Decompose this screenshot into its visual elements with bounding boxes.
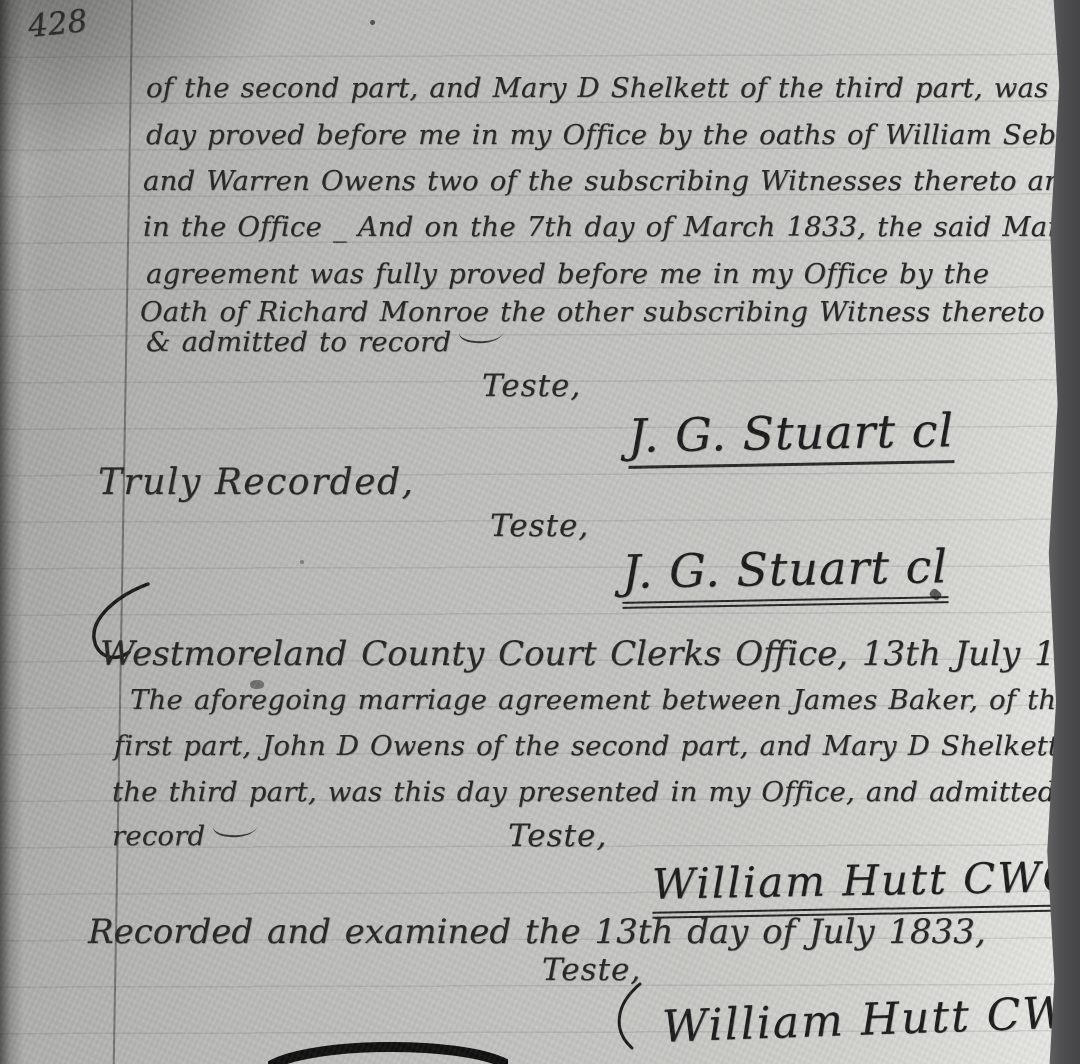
scan-shadow-left [0, 0, 24, 1064]
handwritten-line: The aforegoing marriage agreement betwee… [130, 684, 1073, 716]
flourish [606, 980, 650, 1054]
handwritten-text: & admitted to record [146, 326, 451, 358]
handwritten-line: of the second part, and Mary D Shelkett … [146, 72, 1080, 104]
flourish-underline [268, 1040, 508, 1064]
clerk-signature-hutt: William Hutt CWC [652, 852, 1078, 918]
handwritten-line: and Warren Owens two of the subscribing … [143, 165, 1080, 197]
manuscript-page: 428 of the second part, and Mary D Shelk… [0, 0, 1080, 1064]
handwritten-line: day proved before me in my Office by the… [146, 119, 1080, 151]
handwritten-text: the third part, was this day presented i… [112, 776, 1080, 808]
flourish [458, 324, 504, 348]
clerk-signature-stuart: J. G. Stuart cl [628, 403, 955, 469]
handwritten-line: first part, John D Owens of the second p… [114, 730, 1080, 762]
clerk-signature-stuart: J. G. Stuart cl [621, 539, 948, 609]
handwritten-line: Oath of Richard Monroe the other subscri… [140, 296, 1045, 328]
office-heading-text: Westmoreland County Court Clerks Office,… [100, 634, 1080, 674]
handwritten-text: record [112, 820, 205, 852]
ink-speck [370, 20, 375, 25]
flourish [212, 818, 258, 842]
office-heading: Westmoreland County Court Clerks Office,… [100, 634, 1080, 674]
handwritten-line: record [112, 820, 257, 852]
teste-label: Teste, [482, 368, 581, 404]
ink-smudge [250, 680, 264, 689]
margin-line [113, 0, 134, 1064]
recorded-examined-line: Recorded and examined the 13th day of Ju… [88, 912, 986, 952]
handwritten-line: the third part, was this day presented i… [112, 776, 1080, 808]
clerk-signature-hutt: William Hutt CWC [661, 986, 1080, 1055]
ink-speck [300, 560, 304, 564]
handwritten-line: & admitted to record [146, 326, 503, 358]
teste-label: Teste, [490, 508, 589, 544]
handwritten-line: in the Office _ And on the 7th day of Ma… [143, 211, 1080, 243]
page-number: 428 [26, 3, 89, 45]
handwritten-line: agreement was fully proved before me in … [146, 258, 989, 290]
truly-recorded-label: Truly Recorded, [98, 462, 415, 503]
teste-label: Teste, [508, 818, 607, 854]
